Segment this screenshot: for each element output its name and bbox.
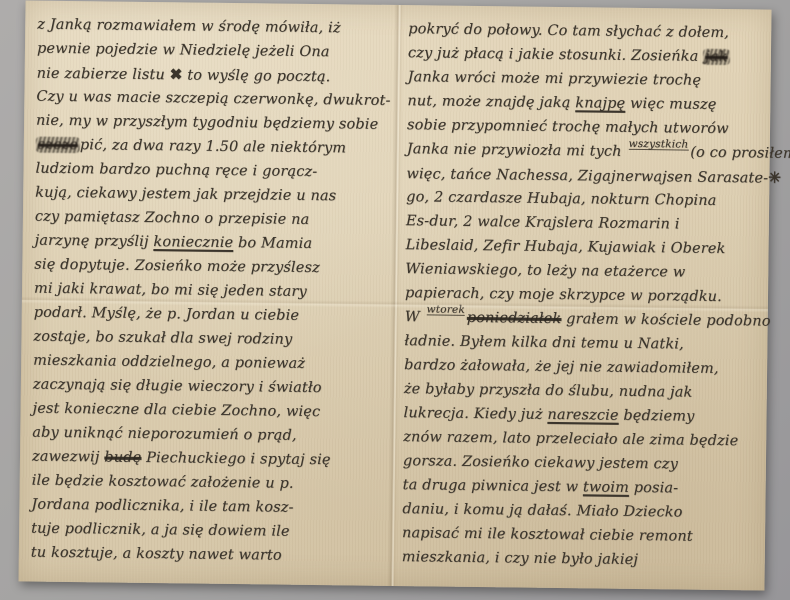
text-run: sobie przypomnieć trochę małych utworów [407,117,729,137]
letter-line: tu kosztuje, a koszty nawet warto [31,541,388,569]
letter-spread: z Janką rozmawiałem w środę mówiła, iżpe… [18,0,771,590]
text-run: ile będzie kosztować założenie u p. [32,473,294,492]
text-run: jest konieczne dla ciebie Zochno, więc [32,401,320,421]
text-run: kują, ciekawy jestem jak przejdzie u nas [35,185,336,205]
text-run: to wyślę go pocztą. [182,67,330,85]
text-run: więc muszę [625,96,716,113]
text-run: więc, tańce Nachessa, Zigajnerwajsen Sar… [406,166,768,186]
text-run: czy już płacą i jakie stosunki. Zosieńka [408,45,703,65]
text-run: Wieniawskiego, to leży na etażerce w [405,261,685,280]
text-run: bardzo żałowała, że jej nie zawiadomiłem… [404,357,719,377]
text-run: Es-dur, 2 walce Krajslera Rozmarin i [406,213,680,232]
text-run: (o co prosiłem [690,145,790,162]
scribble-mark: jak [703,49,730,65]
text-run: mieszkania oddzielnego, a ponieważ [33,353,305,372]
text-run: zawezwij [32,449,105,466]
text-run: ładnie. Byłem kilka dni temu u Natki, [404,333,684,352]
letter-line: mieszkania, i czy nie było jakiej [402,545,763,573]
text-run: napisać mi ile kosztował ciebie remont [402,525,693,545]
text-run: go, 2 czardasze Hubaja, nokturn Chopina [406,189,717,209]
text-run: się dopytuje. Zosieńko może przyślesz [34,257,320,276]
text-run: tuje podlicznik, a ja się dowiem ile [31,521,290,540]
letter-sheet: z Janką rozmawiałem w środę mówiła, iżpe… [18,0,771,590]
inserted-word: wtorek [427,304,465,315]
text-run: zostaje, bo szukał dla swej rodziny [33,329,292,348]
underlined-word: twoim [583,479,629,496]
struck-word: budę [104,449,141,465]
text-run: nie, my w przyszłym tygodniu będziemy so… [36,113,378,133]
text-run: posia- [629,480,678,497]
text-run: podarł. Myślę, że p. Jordan u ciebie [34,305,300,324]
text-run: czy pamiętasz Zochno o przepisie na [35,209,310,228]
text-run: nut, może znajdę jaką [407,93,575,111]
text-run: Jordana podlicznika, i ile tam kosz- [31,497,293,516]
text-run: z Janką rozmawiałem w środę mówiła, iż [37,17,341,37]
inserted-word: wszystkich [628,139,688,151]
text-run: że byłaby przyszła do ślubu, nudna jak [404,381,693,401]
text-run: gorsza. Zosieńko ciekawy jestem czy [403,453,678,472]
text-run: pić, za dwa razy 1.50 ale niektórym [80,137,346,156]
scribble-mark: szcze [36,137,80,154]
x-mark: ✳ [768,169,781,187]
text-run: bo Mamia [233,235,312,252]
underlined-word: koniecznie [153,234,233,251]
underlined-word: knajpę [575,95,625,112]
text-run: papierach, czy moje skrzypce w porządku. [405,285,722,305]
text-run: jarzynę przyślij [35,233,154,250]
text-run: Janka wróci może mi przywiezie trochę [408,69,702,89]
text-run: mi jaki krawat, bo mi się jeden stary [34,281,307,300]
text-run: mieszkania, i czy nie było jakiej [402,549,638,568]
text-run: Libeslaid, Zefir Hubaja, Kujawiak i Ober… [406,237,726,257]
text-run: pewnie pojedzie w Niedzielę jeżeli Ona [37,41,330,61]
text-run: lukrecja. Kiedy już [403,405,547,423]
text-run: tu kosztuje, a koszty nawet warto [31,545,282,564]
right-page: pokryć do połowy. Co tam słychać z dołem… [391,5,771,591]
text-run: aby uniknąć nieporozumień o prąd, [32,425,297,444]
text-run: grałem w kościele podobno [561,311,770,330]
text-run: pokryć do połowy. Co tam słychać z dołem… [408,21,729,41]
text-run: Czy u was macie szczepią czerwonkę, dwuk… [36,89,390,109]
text-run: Piechuckiego i spytaj się [141,450,331,468]
text-run: ludziom bardzo puchną ręce i gorącz- [35,161,317,180]
text-run: będziemy [619,408,695,425]
text-run: W [405,309,425,325]
text-run: ta druga piwnica jest w [403,477,583,495]
struck-word: poniedziałek [467,310,562,327]
left-page: z Janką rozmawiałem w środę mówiła, iżpe… [18,0,398,586]
underlined-word: nareszcie [547,407,618,424]
text-run: Janka nie przywiozła mi tych [407,141,627,160]
text-run: nie zabierze listu [37,66,170,84]
x-mark: ✖ [170,65,183,83]
text-run: daniu, i komu ją dałaś. Miało Dziecko [402,501,682,520]
text-run: znów razem, lato przeleciało ale zima bę… [403,429,738,449]
text-run: zaczynają się długie wieczory i światło [33,377,322,397]
